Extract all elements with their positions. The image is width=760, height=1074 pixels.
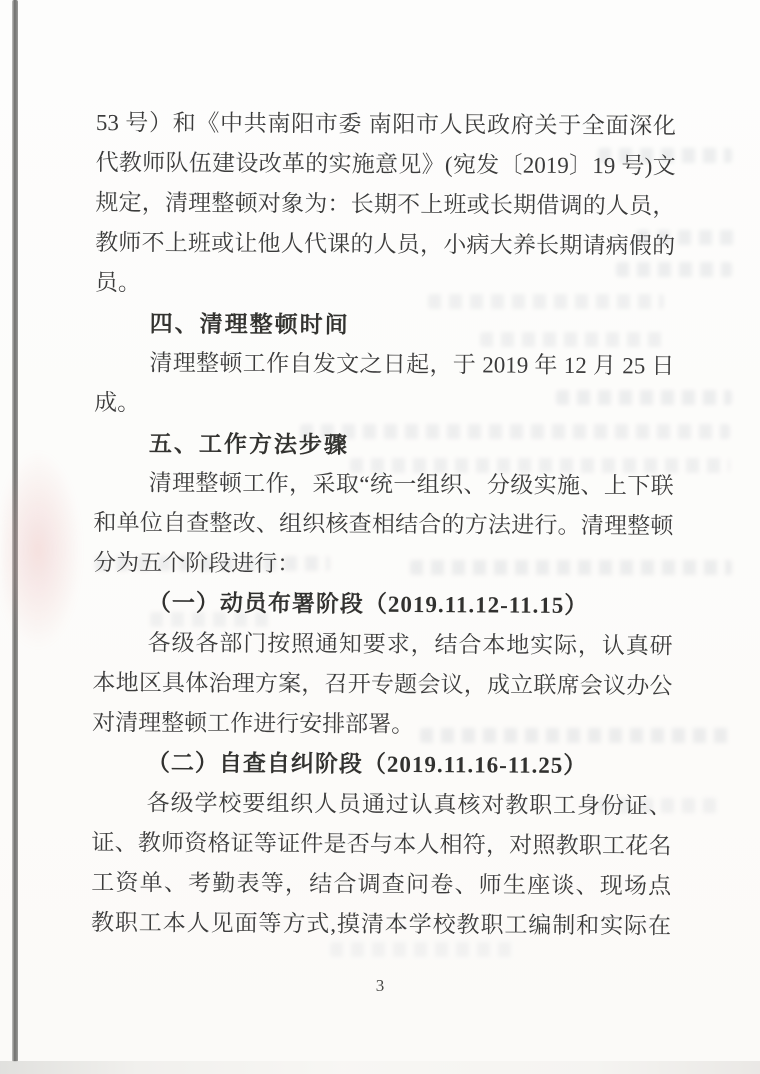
section-heading: 四、清理整顿时间 <box>95 303 675 347</box>
stage-heading: （二）自查自纠阶段（2019.11.16-11.25） <box>92 743 672 787</box>
text-line: 代教师队伍建设改革的实施意见》(宛发〔2019〕19 号)文件 <box>96 143 676 187</box>
text-line: 成。 <box>94 383 674 427</box>
text-line: 各级学校要组织人员通过认真核对教职工身份证、毕业 <box>92 783 672 827</box>
text-line: 员。 <box>95 263 675 307</box>
text-line: 分为五个阶段进行： <box>93 543 673 587</box>
section-heading: 五、工作方法步骤 <box>94 423 674 467</box>
text-line: 证、教师资格证等证件是否与本人相符，对照教职工花名册、 <box>91 823 671 867</box>
text-line: 和单位自查整改、组织核查相结合的方法进行。清理整顿工作 <box>93 503 673 547</box>
text-line: 各级各部门按照通知要求，结合本地实际，认真研究制定 <box>93 623 673 667</box>
text-column: 53 号）和《中共南阳市委 南阳市人民政府关于全面深化新时代教师队伍建设改革的实… <box>91 103 676 947</box>
text-line: 规定，清理整顿对象为：长期不上班或长期借调的人员，在编 <box>95 183 675 227</box>
text-line: 清理整顿工作，采取“统一组织、分级实施、上下联动” <box>94 463 674 507</box>
page-number: 3 <box>0 976 760 996</box>
text-line: 53 号）和《中共南阳市委 南阳市人民政府关于全面深化新时 <box>96 103 676 147</box>
text-line: 工资单、考勤表等，结合调查问卷、师生座谈、现场点名、与 <box>91 863 671 907</box>
text-line: 教师不上班或让他人代课的人员，小病大养长期请病假的人 <box>95 223 675 267</box>
scan-bottom-edge <box>0 1061 760 1074</box>
scan-edge-line <box>12 0 18 1062</box>
text-line: 对清理整顿工作进行安排部署。 <box>92 703 672 747</box>
stage-heading: （一）动员布署阶段（2019.11.12-11.15） <box>93 583 673 627</box>
text-line: 教职工本人见面等方式,摸清本学校教职工编制和实际在岗情 <box>91 903 671 947</box>
scanned-document-page: 53 号）和《中共南阳市委 南阳市人民政府关于全面深化新时代教师队伍建设改革的实… <box>0 0 760 1074</box>
text-line: 清理整顿工作自发文之日起，于 2019 年 12 月 25 日前完 <box>94 343 674 387</box>
text-line: 本地区具体治理方案，召开专题会议，成立联席会议办公室， <box>92 663 672 707</box>
